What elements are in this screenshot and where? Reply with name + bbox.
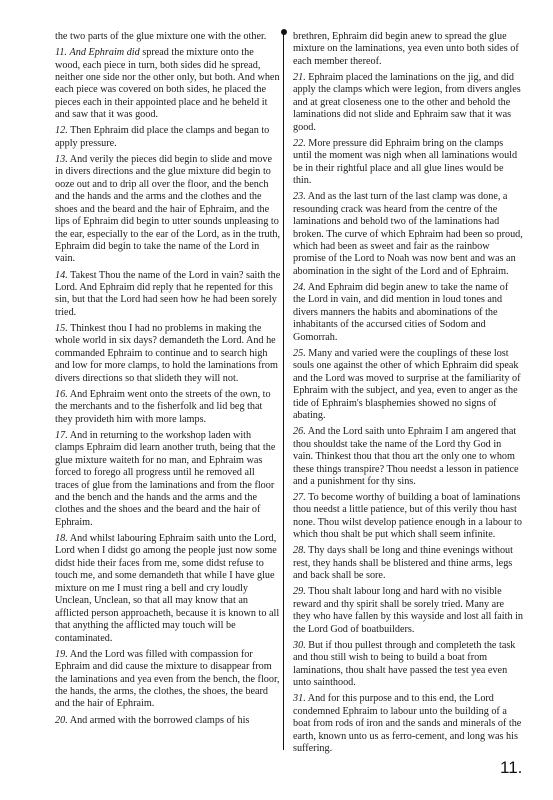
verse-number: 21. (293, 72, 306, 83)
verse-text: And Ephraim went onto the streets of the… (55, 389, 271, 425)
verse-number: 28. (293, 545, 306, 556)
verse-18: 18. And whilst labouring Ephraim saith u… (55, 533, 281, 645)
verse-text: And for this purpose and to this end, th… (293, 693, 521, 754)
verse-number: 20. (55, 715, 68, 726)
verse-number: 30. (293, 640, 306, 651)
verse-number: 14. (55, 270, 68, 281)
verse-text: And the Lord was filled with compassion … (55, 649, 280, 710)
verse-17: 17. And in returning to the workshop lad… (55, 430, 281, 530)
column-divider (283, 33, 284, 750)
verse-20: 20. And armed with the borrowed clamps o… (55, 715, 281, 727)
verse-28: 28. Thy days shall be long and thine eve… (293, 545, 523, 582)
verse-19: 19. And the Lord was filled with compass… (55, 649, 281, 711)
verse-23: 23. And as the last turn of the last cla… (293, 191, 523, 278)
verse-number: 11. (55, 47, 67, 58)
verse-text: More pressure did Ephraim bring on the c… (293, 138, 517, 186)
verse-number: 16. (55, 389, 68, 400)
verse-16: 16. And Ephraim went onto the streets of… (55, 389, 281, 426)
verse-31: 31. And for this purpose and to this end… (293, 693, 523, 755)
verse-continuation: the two parts of the glue mixture one wi… (55, 31, 281, 43)
verse-continuation: brethren, Ephraim did begin anew to spre… (293, 31, 523, 68)
document-page: the two parts of the glue mixture one wi… (0, 0, 553, 800)
verse-14: 14. Takest Thou the name of the Lord in … (55, 270, 281, 320)
verse-24: 24. And Ephraim did begin anew to take t… (293, 282, 523, 344)
verse-text: Then Ephraim did place the clamps and be… (55, 125, 269, 148)
verse-text: And whilst labouring Ephraim saith unto … (55, 533, 279, 644)
verse-number: 15. (55, 323, 68, 334)
right-column: brethren, Ephraim did begin anew to spre… (293, 31, 523, 759)
verse-text: Thy days shall be long and thine evening… (293, 545, 513, 581)
verse-11: 11. And Ephraim did spread the mixture o… (55, 47, 281, 122)
verse-21: 21. Ephraim placed the laminations on th… (293, 72, 523, 134)
verse-number: 26. (293, 426, 306, 437)
left-column: the two parts of the glue mixture one wi… (55, 31, 281, 731)
verse-number: 17. (55, 430, 68, 441)
verse-text: Many and varied were the couplings of th… (293, 348, 520, 421)
verse-25: 25. Many and varied were the couplings o… (293, 348, 523, 423)
verse-number: 25. (293, 348, 306, 359)
verse-text: Ephraim placed the laminations on the ji… (293, 72, 521, 133)
verse-number: 24. (293, 282, 306, 293)
verse-22: 22. More pressure did Ephraim bring on t… (293, 138, 523, 188)
verse-number: 27. (293, 492, 306, 503)
verse-number: 19. (55, 649, 68, 660)
verse-text: the two parts of the glue mixture one wi… (55, 31, 266, 42)
verse-12: 12. Then Ephraim did place the clamps an… (55, 125, 281, 150)
verse-number: 12. (55, 125, 68, 136)
verse-text: To become worthy of building a boat of l… (293, 492, 522, 540)
verse-29: 29. Thou shalt labour long and hard with… (293, 586, 523, 636)
verse-15: 15. Thinkest thou I had no problems in m… (55, 323, 281, 385)
verse-text: And in returning to the workshop laden w… (55, 430, 275, 528)
verse-number: 18. (55, 533, 68, 544)
verse-text: And verily the pieces did begin to slide… (55, 154, 280, 265)
verse-number: 31. (293, 693, 306, 704)
verse-text: And as the last turn of the last clamp w… (293, 191, 523, 277)
verse-30: 30. But if thou pullest through and comp… (293, 640, 523, 690)
verse-number: 13. (55, 154, 68, 165)
verse-text: But if thou pullest through and complete… (293, 640, 515, 688)
verse-text: Thou shalt labour long and hard with no … (293, 586, 523, 634)
verse-13: 13. And verily the pieces did begin to s… (55, 154, 281, 266)
verse-text: And Ephraim did begin anew to take the n… (293, 282, 508, 343)
verse-27: 27. To become worthy of building a boat … (293, 492, 523, 542)
verse-number: 23. (293, 191, 306, 202)
verse-26: 26. And the Lord saith unto Ephraim I am… (293, 426, 523, 488)
verse-text: Takest Thou the name of the Lord in vain… (55, 270, 280, 318)
verse-number: 22. (293, 138, 306, 149)
verse-text: Thinkest thou I had no problems in makin… (55, 323, 278, 384)
verse-text: brethren, Ephraim did begin anew to spre… (293, 31, 519, 67)
verse-text: And the Lord saith unto Ephraim I am ang… (293, 426, 519, 487)
verse-number: 29. (293, 586, 306, 597)
verse-text: And armed with the borrowed clamps of hi… (70, 715, 250, 726)
page-number: 11. (500, 758, 522, 778)
verse-lead: And Ephraim did (70, 47, 140, 58)
